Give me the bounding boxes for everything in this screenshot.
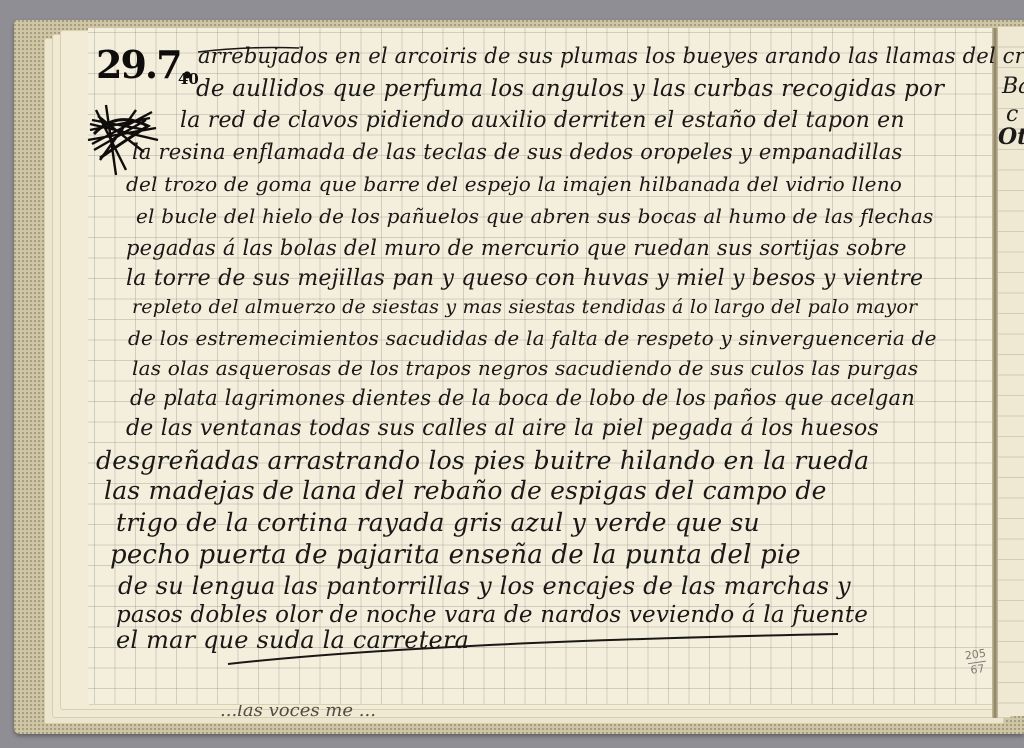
facing-page-fragment: Ba — [1002, 74, 1024, 99]
text-line: el bucle del hielo de los pañuelos que a… — [136, 204, 933, 228]
text-line: pasos dobles olor de noche vara de nardo… — [116, 602, 868, 628]
page-number: 205 67 — [964, 647, 989, 679]
text-line: arrebujados en el arcoiris de sus plumas… — [198, 44, 1024, 68]
text-line: pecho puerta de pajarita enseña de la pu… — [110, 540, 801, 570]
closing-rule-stroke — [226, 626, 846, 666]
text-line: de plata lagrimones dientes de la boca d… — [130, 386, 915, 410]
text-line: la torre de sus mejillas pan y queso con… — [126, 266, 923, 291]
text-line: de aullidos que perfuma los angulos y la… — [196, 76, 944, 102]
text-line: las olas asquerosas de los trapos negros… — [132, 356, 918, 380]
text-line: la resina enflamada de las teclas de sus… — [132, 140, 902, 164]
text-line: de los estremecimientos sacudidas de la … — [128, 326, 937, 350]
text-line: la red de clavos pidiendo auxilio derrit… — [180, 108, 905, 133]
text-line: trigo de la cortina rayada gris azul y v… — [116, 508, 760, 537]
facing-page-edge: Ba c Otg — [998, 26, 1024, 716]
text-line: pegadas á las bolas del muro de mercurio… — [126, 236, 907, 260]
text-line: de las ventanas todas sus calles al aire… — [126, 416, 879, 441]
text-line: de su lengua las pantorrillas y los enca… — [118, 572, 851, 600]
page-number-top: 205 — [964, 647, 987, 663]
page-number-bottom: 67 — [970, 662, 986, 677]
text-line: desgreñadas arrastrando los pies buitre … — [96, 446, 869, 475]
text-line: del trozo de goma que barre del espejo l… — [126, 172, 902, 196]
text-line: repleto del almuerzo de siestas y mas si… — [132, 296, 917, 318]
text-line: las madejas de lana del rebaño de espiga… — [104, 476, 827, 505]
facing-page-fragment: Otg — [998, 124, 1024, 150]
